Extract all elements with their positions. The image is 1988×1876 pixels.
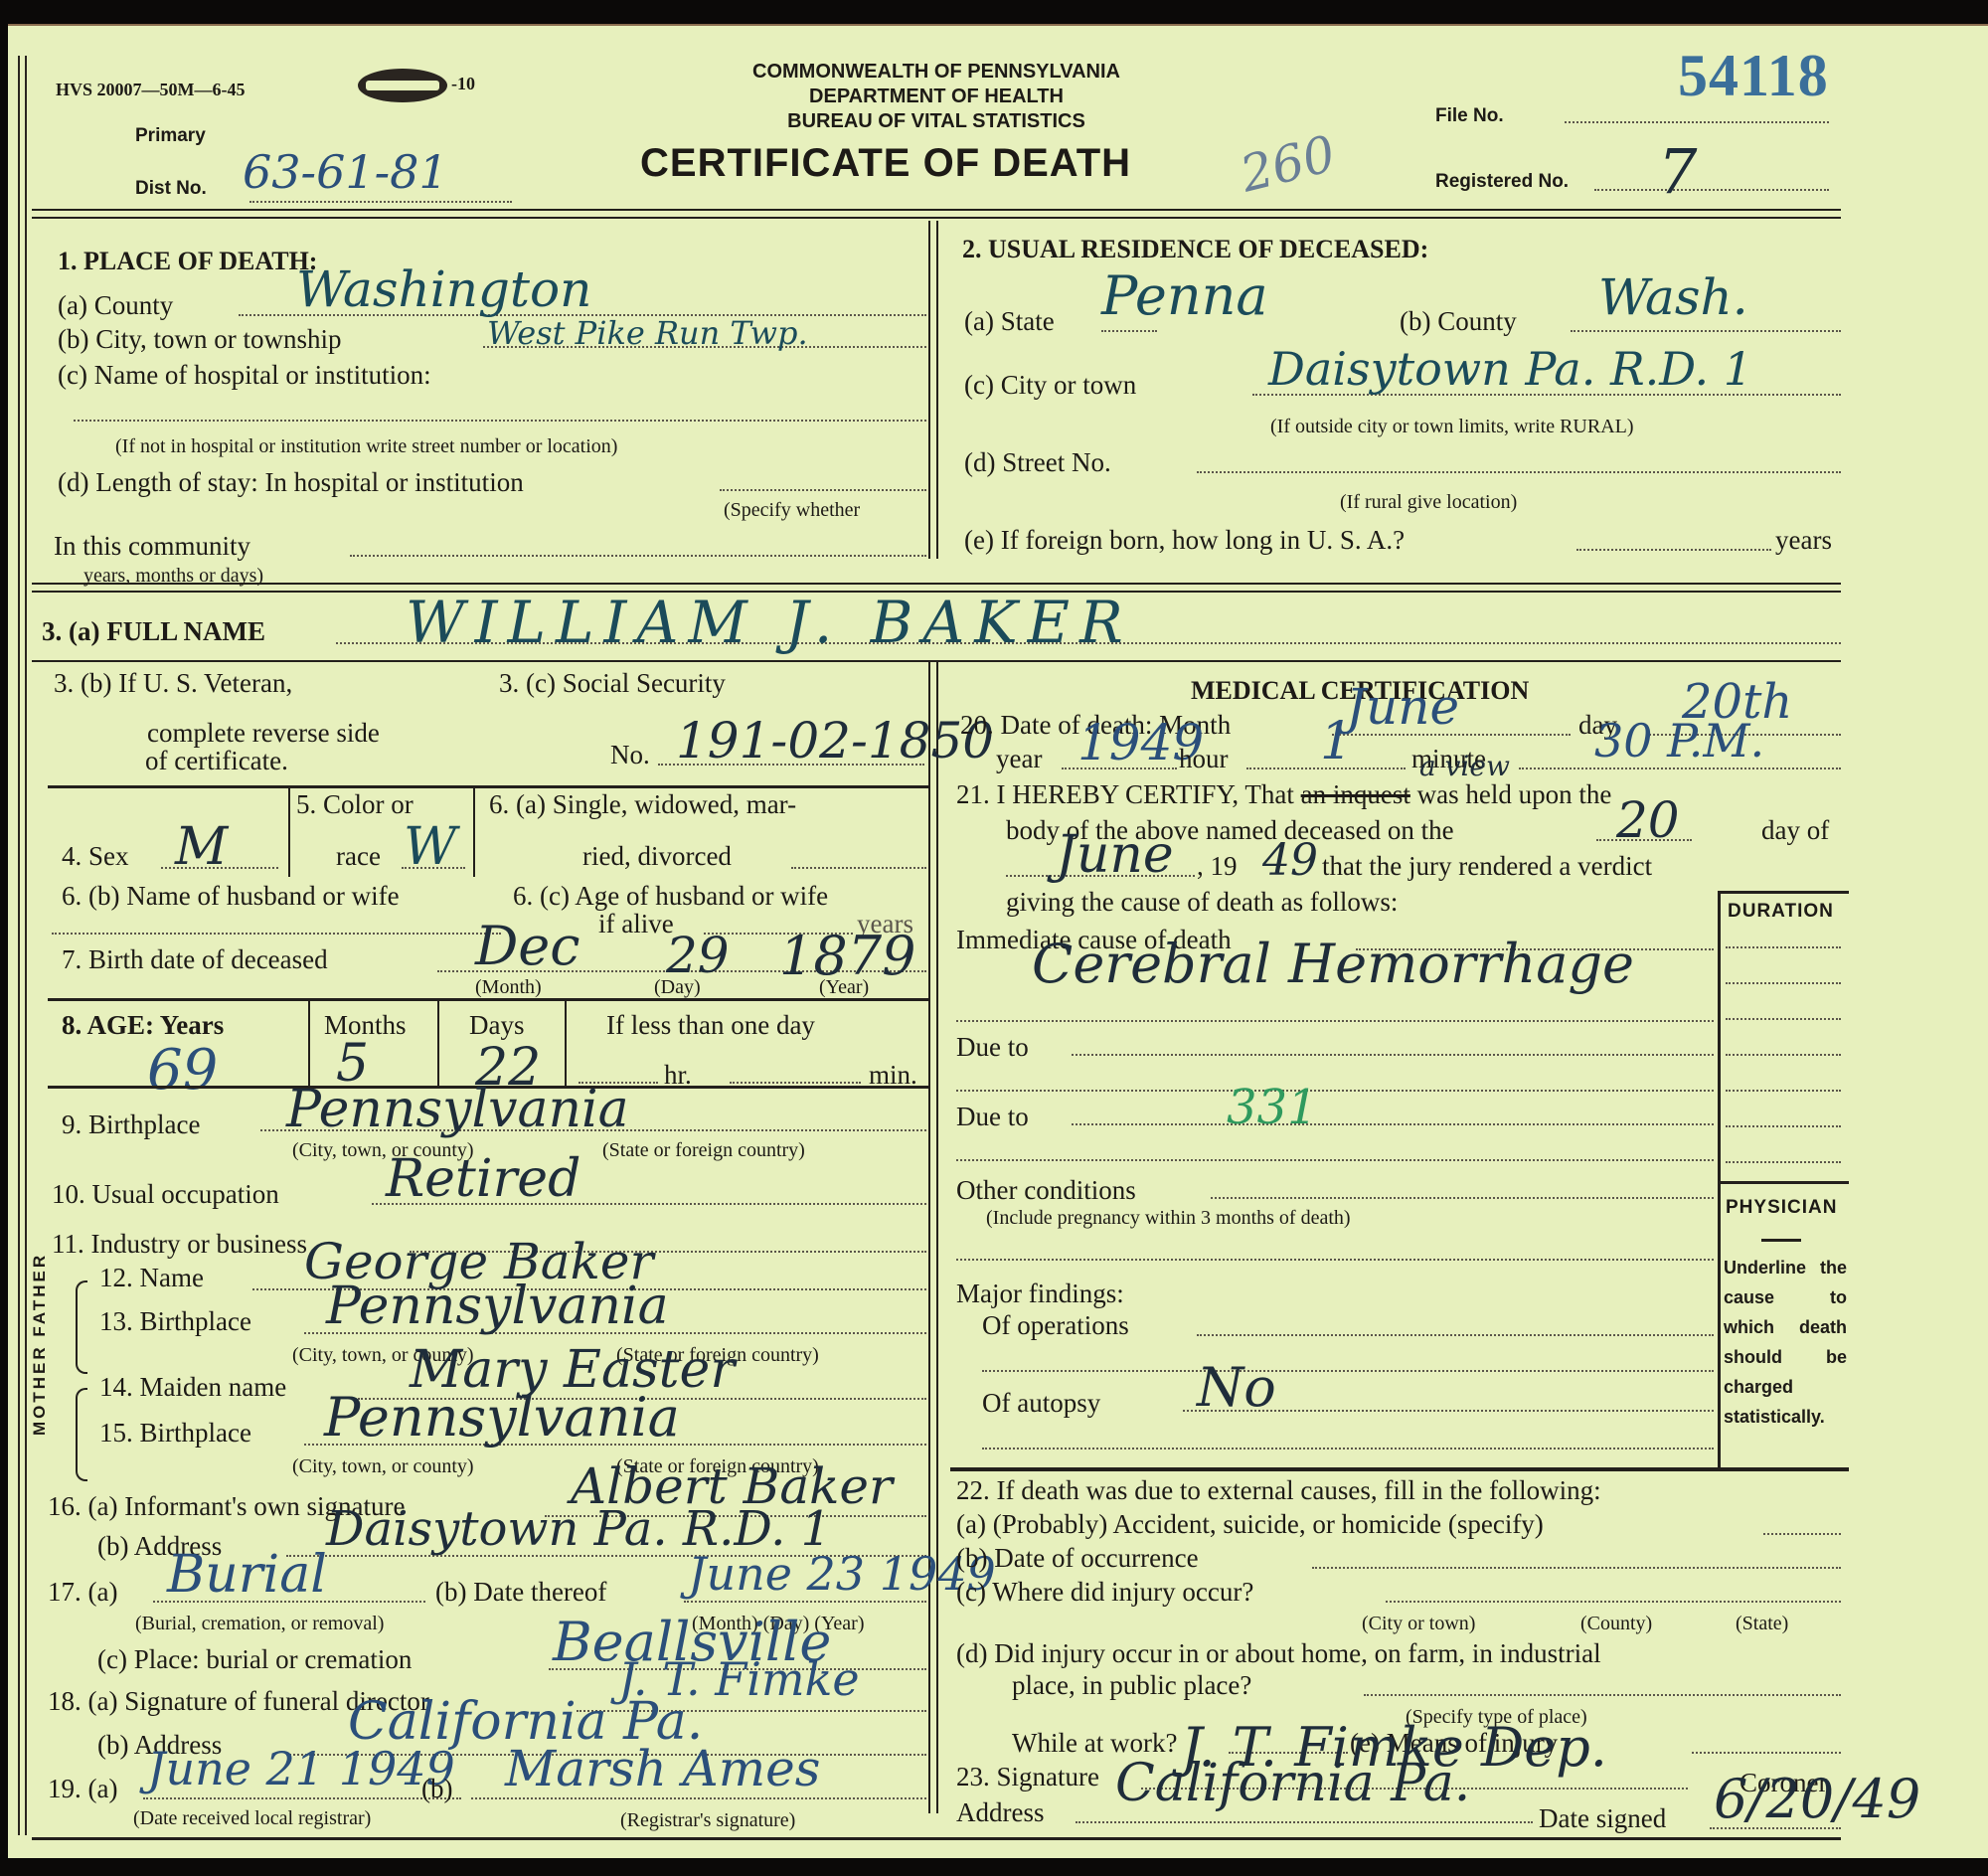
certify-year-prefix: , 19 (1197, 851, 1238, 882)
occupation-label: 10. Usual occupation (52, 1179, 279, 1210)
birth-month-value: Dec (475, 915, 580, 977)
death-hour-value: 1 (1320, 712, 1353, 771)
duration-heading: DURATION (1728, 901, 1834, 923)
coroner-address-label: Address (956, 1797, 1045, 1828)
registrar-date-note: (Date received local registrar) (133, 1807, 371, 1830)
sex-label: 4. Sex (62, 841, 129, 872)
veteran-label-3: of certificate. (145, 746, 288, 776)
file-no-label: File No. (1435, 105, 1504, 127)
external-c-label: (c) Where did injury occur? (956, 1577, 1253, 1608)
registrar-signature: Marsh Ames (505, 1740, 820, 1797)
certify-line-1: 21. I HEREBY CERTIFY, That an inquest wa… (956, 779, 1611, 810)
physician-note: Underline the cause to which death shoul… (1724, 1253, 1847, 1432)
disposition-note: (Burial, cremation, or removal) (135, 1613, 384, 1635)
stay-note: (Specify whether (724, 499, 860, 522)
death-city-value: West Pike Run Twp. (487, 314, 808, 352)
mother-name-label: 14. Maiden name (99, 1372, 286, 1403)
union-printer-seal-icon (358, 69, 447, 102)
agency-line-2: DEPARTMENT OF HEALTH (688, 85, 1185, 109)
marital-label: 6. (a) Single, widowed, mar- (489, 789, 796, 820)
occupation-value: Retired (386, 1149, 580, 1209)
due-to-label-1: Due to (956, 1032, 1029, 1063)
agency-line-3: BUREAU OF VITAL STATISTICS (688, 109, 1185, 134)
external-c-note-city: (City or town) (1362, 1613, 1475, 1635)
mother-note-city: (City, town, or county) (292, 1455, 474, 1478)
race-value: W (404, 817, 456, 877)
other-conditions-label: Other conditions (956, 1175, 1136, 1206)
death-certificate: HVS 20007—50M—6-45 -10 Primary Dist No. … (8, 24, 1988, 1858)
form-code-suffix: -10 (451, 74, 475, 94)
stay-label: (d) Length of stay: In hospital or insti… (58, 467, 524, 498)
mother-birthplace-value: Pennsylvania (324, 1386, 680, 1449)
left-border (18, 56, 20, 1835)
birth-year-note: (Year) (819, 976, 869, 999)
certify-line-3: that the jury rendered a verdict (1322, 851, 1652, 882)
cause-code: 331 (1227, 1080, 1318, 1135)
death-county-label: (a) County (58, 290, 173, 321)
industry-label: 11. Industry or business (52, 1229, 307, 1260)
page-title: CERTIFICATE OF DEATH (640, 141, 1131, 186)
birthplace-label: 9. Birthplace (62, 1109, 200, 1140)
external-c-note-county: (County) (1580, 1613, 1652, 1635)
death-minute-value: 30 P.M. (1594, 714, 1764, 767)
death-year-label: year (996, 744, 1042, 774)
certify-day-of: day of (1761, 815, 1829, 846)
place-of-death-heading: 1. PLACE OF DEATH: (58, 247, 317, 276)
agency-line-1: COMMONWEALTH OF PENNSYLVANIA (688, 60, 1185, 85)
veteran-label-2: complete reverse side (147, 718, 380, 749)
due-to-label-2: Due to (956, 1102, 1029, 1132)
spouse-label: 6. (b) Name of husband or wife (62, 881, 400, 912)
immediate-cause-value: Cerebral Hemorrhage (1032, 933, 1634, 995)
dist-no-value: 63-61-81 (243, 145, 448, 199)
disposition-date-label: (b) Date thereof (435, 1577, 606, 1608)
age-days-label: Days (469, 1010, 525, 1041)
full-name-label: 3. (a) FULL NAME (42, 616, 265, 647)
hospital-note: (If not in hospital or institution write… (115, 435, 617, 458)
date-signed-label: Date signed (1539, 1803, 1666, 1834)
birth-date-label: 7. Birth date of deceased (62, 944, 328, 975)
autopsy-label: Of autopsy (982, 1388, 1100, 1419)
father-bracket (76, 1280, 87, 1374)
margin-note: 260 (1235, 124, 1341, 203)
death-hour-label: hour (1179, 744, 1229, 774)
burial-place-label: (c) Place: burial or cremation (97, 1644, 412, 1675)
res-city-label: (c) City or town (964, 370, 1136, 401)
res-state-value: Penna (1101, 264, 1268, 327)
res-city-note: (If outside city or town limits, write R… (1270, 416, 1634, 438)
father-name-label: 12. Name (99, 1263, 204, 1293)
birthplace-note-state: (State or foreign country) (602, 1139, 805, 1162)
birthplace-value: Pennsylvania (286, 1080, 629, 1139)
external-c-note-state: (State) (1736, 1613, 1788, 1635)
registrar-date-value: June 21 1949 (147, 1742, 455, 1795)
birth-month-note: (Month) (475, 976, 542, 999)
foreign-born-unit: years (1775, 525, 1832, 556)
sex-value: M (175, 817, 228, 877)
physician-heading: PHYSICIAN (1726, 1197, 1837, 1219)
less-than-day-label: If less than one day (606, 1010, 815, 1041)
registered-no-label: Registered No. (1435, 171, 1569, 193)
external-causes-heading: 22. If death was due to external causes,… (956, 1475, 1601, 1506)
mother-bracket (76, 1388, 87, 1481)
left-border (25, 56, 27, 1835)
death-month-value: June (1346, 678, 1459, 736)
external-d-label: (d) Did injury occur in or about home, o… (956, 1638, 1601, 1669)
father-birthplace-label: 13. Birthplace (99, 1306, 251, 1337)
birth-day-note: (Day) (654, 976, 701, 999)
veteran-label: 3. (b) If U. S. Veteran, (54, 668, 292, 699)
full-name-value: WILLIAM J. BAKER (406, 589, 1133, 656)
father-birthplace-value: Pennsylvania (326, 1277, 669, 1336)
external-b-label: (b) Date of occurrence (956, 1543, 1199, 1574)
disposition-value: Burial (167, 1545, 327, 1605)
foreign-born-label: (e) If foreign born, how long in U. S. A… (964, 525, 1405, 556)
dist-no-label: Dist No. (135, 178, 207, 200)
color-label: 5. Color or (296, 789, 414, 820)
external-d-label-2: place, in public place? (1012, 1670, 1251, 1701)
registered-no-value: 7 (1658, 135, 1697, 208)
date-signed-value: 6/20/49 (1714, 1768, 1920, 1830)
age-label: 8. AGE: Years (62, 1010, 224, 1041)
disposition-date-value: June 23 1949 (688, 1547, 996, 1601)
struck-inquest-text: an inquest (1301, 779, 1410, 809)
res-street-label: (d) Street No. (964, 447, 1111, 478)
ss-label: 3. (c) Social Security (499, 668, 726, 699)
res-street-note: (If rural give location) (1340, 491, 1517, 514)
spouse-age-note: if alive (598, 909, 674, 939)
disposition-label: 17. (a) (48, 1577, 117, 1608)
race-label: race (336, 841, 381, 872)
external-a-label: (a) (Probably) Accident, suicide, or hom… (956, 1509, 1544, 1540)
ss-no-label: No. (610, 740, 650, 770)
community-label: In this community (54, 531, 250, 562)
inquest-year-value: 49 (1262, 835, 1318, 886)
residence-heading: 2. USUAL RESIDENCE OF DECEASED: (962, 235, 1428, 264)
coroner-signature-label: 23. Signature (956, 1762, 1099, 1792)
death-city-label: (b) City, town or township (58, 324, 342, 355)
form-code: HVS 20007—50M—6-45 (56, 80, 246, 100)
certify-line-4: giving the cause of death as follows: (1006, 887, 1398, 918)
res-county-value: Wash. (1598, 268, 1748, 326)
certify-insertion: a view (1419, 750, 1510, 782)
res-city-value: Daisytown Pa. R.D. 1 (1268, 342, 1752, 396)
marital-label-2: ried, divorced (582, 841, 732, 872)
major-findings-label: Major findings: (956, 1279, 1124, 1309)
inquest-day-value: 20 (1616, 791, 1680, 849)
parents-side-label: MOTHER FATHER (30, 1253, 50, 1436)
other-conditions-note: (Include pregnancy within 3 months of de… (986, 1207, 1351, 1230)
autopsy-value: No (1197, 1356, 1276, 1419)
res-county-label: (b) County (1400, 306, 1517, 337)
registrar-signature-note: (Registrar's signature) (620, 1809, 795, 1832)
registrar-label: 19. (a) (48, 1774, 117, 1804)
res-state-label: (a) State (964, 306, 1055, 337)
ss-value: 191-02-1850 (676, 712, 994, 769)
file-no-stamp: 54118 (1678, 42, 1829, 110)
coroner-address-value: California Pa. (1115, 1754, 1470, 1813)
registrar-b-label: (b) (421, 1774, 452, 1804)
spouse-age-label: 6. (c) Age of husband or wife (513, 881, 828, 912)
inquest-month-value: June (1056, 825, 1174, 885)
mother-birthplace-label: 15. Birthplace (99, 1418, 251, 1449)
death-county-value: Washington (296, 260, 591, 318)
primary-label: Primary (135, 125, 206, 147)
agency-block: COMMONWEALTH OF PENNSYLVANIA DEPARTMENT … (688, 60, 1185, 134)
operations-label: Of operations (982, 1310, 1129, 1341)
hospital-label: (c) Name of hospital or institution: (58, 360, 431, 391)
age-years-value: 69 (147, 1038, 218, 1103)
